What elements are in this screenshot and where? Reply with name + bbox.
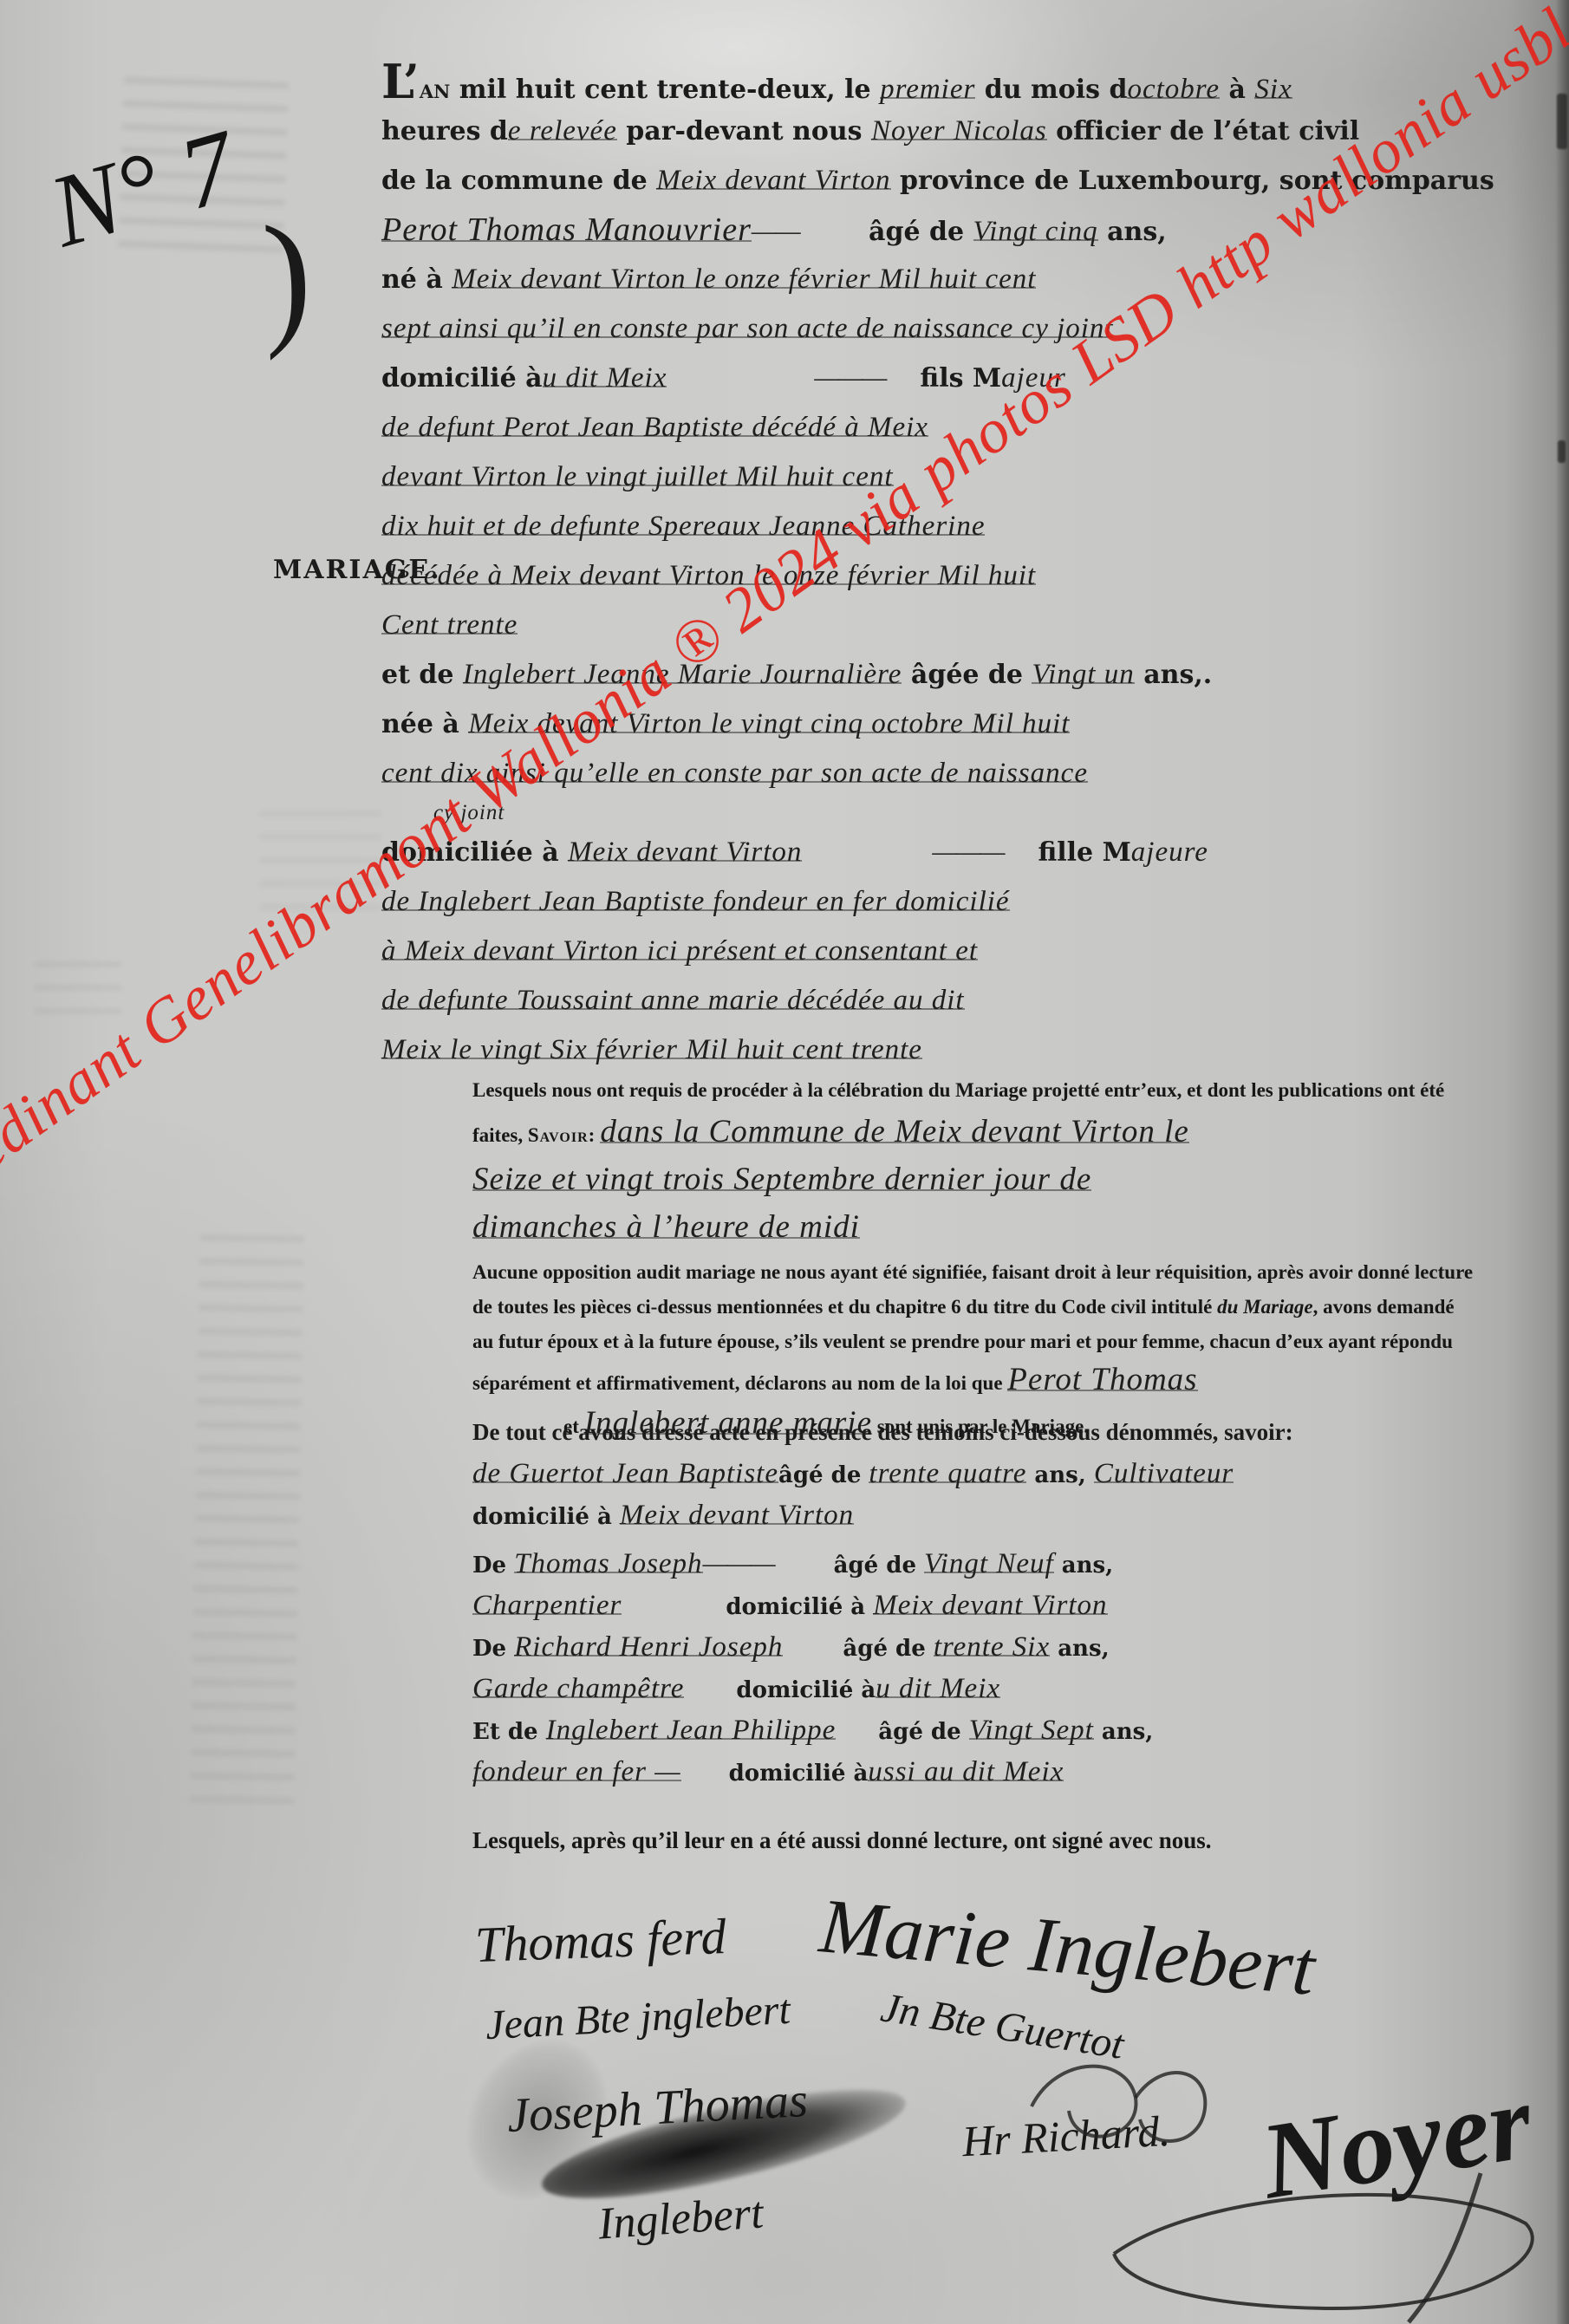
printed-template-text: domicilié à bbox=[472, 1504, 620, 1530]
act-line: de defunte Toussaint anne marie décédée … bbox=[381, 976, 1565, 1025]
witness-line: Charpentierdomicilié à Meix devant Virto… bbox=[472, 1585, 1560, 1626]
witnesses-heading: De tout ce avons dressé acte en présence… bbox=[472, 1411, 1560, 1453]
witness-line: Et de Inglebert Jean Philippe âgé de Vin… bbox=[472, 1709, 1560, 1751]
printed-template-text: âgé de bbox=[870, 1719, 968, 1745]
handwritten-entry: Meix le vingt Six février Mil huit cent … bbox=[381, 1034, 922, 1065]
act-line: dimanches à l’heure de midi bbox=[472, 1203, 1560, 1251]
scanned-marriage-record: { "margin": { "act_number": "N° 7", "act… bbox=[0, 0, 1569, 2324]
handwritten-entry: e relevée bbox=[508, 115, 617, 146]
printed-template-text: âgé de bbox=[860, 217, 973, 247]
witnesses-section: De tout ce avons dressé acte en présence… bbox=[472, 1411, 1560, 1793]
publications-paragraph: Lesquels nous ont requis de procéder à l… bbox=[472, 1073, 1560, 1251]
handwritten-profession: fondeur en fer — bbox=[472, 1756, 681, 1787]
handwritten-groom-name: Perot Thomas bbox=[1007, 1362, 1197, 1397]
act-line: dix huit et de defunte Spereaux Jeanne C… bbox=[381, 502, 1565, 551]
act-body: L’an mil huit cent trente-deux, le premi… bbox=[381, 57, 1565, 1075]
act-line: à Meix devant Virton ici présent et cons… bbox=[381, 927, 1565, 976]
handwritten-day: premier bbox=[880, 74, 975, 105]
act-line: et de Inglebert Jeanne Marie Journalière… bbox=[381, 650, 1565, 700]
handwritten-entry: à Meix devant Virton ici présent et cons… bbox=[381, 935, 978, 967]
printed-template-text: Et de bbox=[472, 1719, 546, 1745]
printed-paragraph-line: Aucune opposition audit mariage ne nous … bbox=[472, 1255, 1560, 1290]
act-line: Cent trente bbox=[381, 601, 1565, 650]
printed-template-text: et de bbox=[381, 660, 463, 690]
handwritten-domicile: Meix devant Virton bbox=[568, 837, 802, 868]
filler-dash: ——— bbox=[703, 1548, 774, 1579]
act-line: né à Meix devant Virton le onze février … bbox=[381, 255, 1565, 304]
printed-template-text: Aucune opposition audit mariage ne nous … bbox=[472, 1261, 1473, 1283]
handwritten-commune: Meix devant Virton bbox=[656, 165, 890, 196]
signature-inglebert: Inglebert bbox=[596, 2187, 765, 2249]
handwritten-publication-place: dans la Commune de Meix devant Virton le bbox=[600, 1114, 1188, 1149]
printed-template-text: mil huit cent trente-deux, le bbox=[450, 75, 880, 105]
handwritten-domicile: Meix devant Virton bbox=[620, 1500, 854, 1531]
handwritten-domicile: u dit Meix bbox=[876, 1673, 1000, 1704]
filler-dash: ——— bbox=[814, 362, 885, 394]
printed-template-text: Lesquels nous ont requis de procéder à l… bbox=[472, 1079, 1444, 1101]
printed-template-text: âgé de bbox=[778, 1462, 869, 1488]
handwritten-publication-dates: Seize et vingt trois Septembre dernier j… bbox=[472, 1162, 1091, 1197]
witness-line: domicilié à Meix devant Virton bbox=[472, 1494, 1560, 1536]
act-line: L’an mil huit cent trente-deux, le premi… bbox=[381, 57, 1565, 107]
handwritten-entry: sept ainsi qu’il en conste par son acte … bbox=[381, 313, 1114, 344]
printed-paragraph-line: Lesquels nous ont requis de procéder à l… bbox=[472, 1073, 1560, 1108]
act-line: Meix le vingt Six février Mil huit cent … bbox=[381, 1025, 1565, 1075]
printed-template-text: De bbox=[472, 1636, 514, 1662]
printed-template-text: ans, bbox=[1098, 217, 1167, 247]
witness-line: fondeur en fer —domicilié àussi au dit M… bbox=[472, 1751, 1560, 1793]
printed-template-text: âgé de bbox=[826, 1553, 924, 1579]
printed-italic-text: du Mariage bbox=[1217, 1296, 1313, 1318]
act-line: sept ainsi qu’il en conste par son acte … bbox=[381, 304, 1565, 354]
printed-template-text: au futur époux et à la future épouse, s’… bbox=[472, 1331, 1453, 1352]
act-line: domiciliée à Meix devant Virton———fille … bbox=[381, 828, 1565, 877]
handwritten-profession: Cultivateur bbox=[1094, 1458, 1234, 1489]
printed-template-text: âgé de bbox=[835, 1636, 933, 1662]
handwritten-groom-name: Perot Thomas Manouvrier bbox=[381, 212, 752, 248]
handwritten-month: octobre bbox=[1127, 74, 1220, 105]
act-line: faites, Savoir: dans la Commune de Meix … bbox=[472, 1108, 1560, 1155]
handwritten-witness-name: Inglebert Jean Philippe bbox=[546, 1715, 837, 1746]
act-line: cy joint bbox=[381, 798, 1565, 828]
printed-template-text: âgée de bbox=[902, 660, 1032, 690]
handwritten-domicile: ussi au dit Meix bbox=[868, 1756, 1064, 1787]
act-number-paren: ) bbox=[243, 187, 326, 363]
printed-template-text: an bbox=[420, 75, 451, 105]
handwritten-age: trente quatre bbox=[869, 1458, 1026, 1489]
printed-template-text: ans, bbox=[1026, 1462, 1094, 1488]
handwritten-age: trente Six bbox=[934, 1631, 1050, 1663]
handwritten-father-of-groom: de defunt Perot Jean Baptiste décédé à M… bbox=[381, 412, 928, 443]
filler-dash: ——— bbox=[932, 837, 1003, 868]
act-line: Perot Thomas Manouvrier—— âgé de Vingt c… bbox=[381, 205, 1565, 255]
bleed-through-text bbox=[35, 954, 121, 1014]
printed-template-text: domicilié à bbox=[381, 363, 543, 394]
handwritten-domicile: u dit Meix bbox=[543, 362, 667, 394]
printed-template-text: né à bbox=[381, 264, 452, 295]
printed-template-text: de toutes les pièces ci-dessus mentionné… bbox=[472, 1296, 1217, 1318]
printed-template-text: ans, bbox=[1094, 1719, 1154, 1745]
handwritten-birthplace-date: Meix devant Virton le onze février Mil h… bbox=[452, 264, 1036, 295]
witness-line: De Thomas Joseph——— âgé de Vingt Neuf an… bbox=[472, 1543, 1560, 1585]
printed-template-text: née à bbox=[381, 709, 468, 739]
printed-template-text: domicilié à bbox=[736, 1677, 876, 1703]
handwritten-profession: Charpentier bbox=[472, 1590, 622, 1621]
printed-template-text: du mois d bbox=[975, 75, 1127, 105]
printed-template-text: de la commune de bbox=[381, 166, 656, 196]
filler-dash: —— bbox=[752, 216, 799, 247]
handwritten-age: Vingt un bbox=[1032, 659, 1134, 690]
handwritten-profession: Garde champêtre bbox=[472, 1673, 684, 1704]
printed-template-text: ans, bbox=[1054, 1553, 1114, 1579]
printed-drop-cap: L’ bbox=[381, 54, 420, 109]
witness-line: De Richard Henri Joseph âgé de trente Si… bbox=[472, 1626, 1560, 1668]
handwritten-entry: dimanches à l’heure de midi bbox=[472, 1209, 860, 1245]
handwritten-entry: décédée à Meix devant Virton le onze fév… bbox=[381, 560, 1036, 591]
bleed-through-text bbox=[190, 1230, 304, 1804]
printed-template-text: à bbox=[1220, 75, 1254, 105]
handwritten-age: Vingt cinq bbox=[973, 216, 1098, 247]
act-line: Seize et vingt trois Septembre dernier j… bbox=[472, 1155, 1560, 1203]
printed-paragraph-line: de toutes les pièces ci-dessus mentionné… bbox=[472, 1290, 1560, 1325]
handwritten-witness-name: de Guertot Jean Baptiste bbox=[472, 1458, 778, 1489]
closing-sentence: Lesquels, après qu’il leur en a été auss… bbox=[472, 1827, 1212, 1854]
printed-template-text: ans,. bbox=[1135, 660, 1212, 690]
printed-template-text: faites, bbox=[472, 1124, 528, 1146]
handwritten-entry: Cent trente bbox=[381, 609, 518, 641]
handwritten-entry: devant Virton le vingt juillet Mil huit … bbox=[381, 461, 894, 492]
handwritten-mother-of-bride: de defunte Toussaint anne marie décédée … bbox=[381, 985, 965, 1016]
printed-template-text: par-devant nous bbox=[617, 116, 871, 146]
printed-template-text: domicilié à bbox=[726, 1594, 873, 1620]
printed-template-text: ans, bbox=[1050, 1636, 1110, 1662]
act-line: domicilié àu dit Meix———fils Majeur bbox=[381, 354, 1565, 403]
printed-template-text: , avons demandé bbox=[1313, 1296, 1455, 1318]
printed-template-text: heures d bbox=[381, 116, 508, 146]
handwritten-domicile: Meix devant Virton bbox=[873, 1590, 1107, 1621]
signature-jean-bte-inglebert: Jean Bte jnglebert bbox=[485, 1986, 791, 2049]
act-line: séparément et affirmativement, déclarons… bbox=[472, 1359, 1560, 1401]
witness-line: de Guertot Jean Baptisteâgé de trente qu… bbox=[472, 1453, 1560, 1494]
printed-template-text: domicilié à bbox=[729, 1761, 869, 1787]
officer-paraph-flourish bbox=[1075, 2171, 1560, 2324]
printed-template-text: fille M bbox=[1038, 837, 1130, 868]
witness-paraph-flourish bbox=[1010, 2046, 1227, 2167]
printed-paragraph-line: au futur époux et à la future épouse, s’… bbox=[472, 1325, 1560, 1359]
printed-template-text: De bbox=[472, 1553, 514, 1579]
witness-line: Garde champêtredomicilié àu dit Meix bbox=[472, 1668, 1560, 1709]
handwritten-age: Vingt Neuf bbox=[924, 1548, 1054, 1579]
handwritten-father-of-bride: de Inglebert Jean Baptiste fondeur en fe… bbox=[381, 886, 1010, 917]
printed-template-text: officier de l’état civil bbox=[1047, 116, 1359, 146]
act-line: décédée à Meix devant Virton le onze fév… bbox=[381, 551, 1565, 601]
handwritten-witness-name: Thomas Joseph bbox=[514, 1548, 702, 1579]
handwritten-hour: Six bbox=[1254, 74, 1292, 105]
act-line: de Inglebert Jean Baptiste fondeur en fe… bbox=[381, 877, 1565, 927]
handwritten-witness-name: Richard Henri Joseph bbox=[514, 1631, 783, 1663]
handwritten-officer-name: Noyer Nicolas bbox=[871, 115, 1047, 146]
handwritten-entry: ajeure bbox=[1131, 837, 1208, 868]
printed-template-text: séparément et affirmativement, déclarons… bbox=[472, 1372, 1007, 1394]
signature-thomas: Thomas ferd bbox=[474, 1907, 727, 1974]
handwritten-age: Vingt Sept bbox=[969, 1715, 1094, 1746]
printed-savoir-label: Savoir: bbox=[528, 1124, 596, 1146]
